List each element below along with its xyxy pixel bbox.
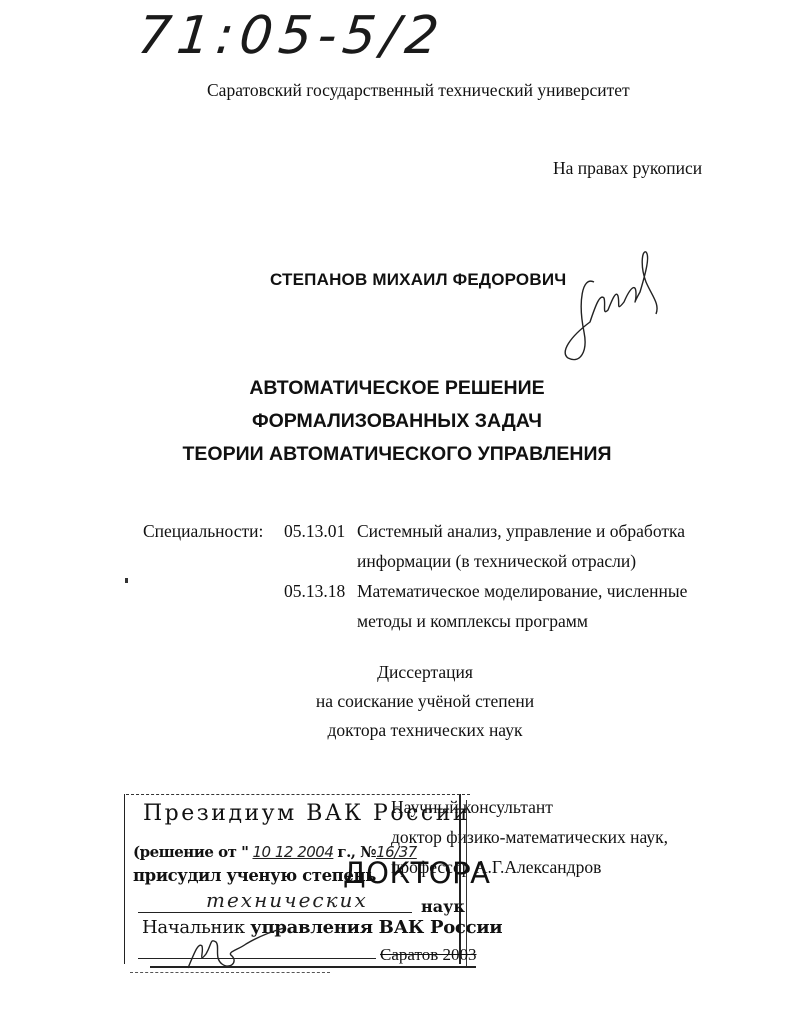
- author-signature-icon: [560, 242, 670, 372]
- stamp-degree: ДОКТОРА: [343, 856, 490, 890]
- stamp-head-signature-icon: [180, 924, 290, 979]
- stamp-decision-prefix: (решение от ": [133, 843, 249, 861]
- stamp-field-underline: [138, 912, 412, 913]
- archive-code: 71:05-5/2: [135, 6, 448, 66]
- city-year: Саратов 2003: [380, 945, 476, 965]
- scan-speck: [125, 578, 128, 583]
- dissertation-purpose: на соискание учёной степени: [0, 687, 794, 716]
- author-name: СТЕПАНОВ МИХАИЛ ФЕДОРОВИЧ: [270, 270, 566, 290]
- specialty-code: 05.13.01: [284, 521, 345, 542]
- stamp-signature-line: [138, 958, 376, 959]
- specialty-text: методы и комплексы программ: [357, 611, 588, 632]
- title-line-1: АВТОМАТИЧЕСКОЕ РЕШЕНИЕ: [0, 372, 794, 405]
- dissertation-label: Диссертация: [0, 658, 794, 687]
- stamp-title: Президиум ВАК России: [143, 801, 470, 826]
- specialty-text: Математическое моделирование, численные: [357, 581, 687, 602]
- dissertation-degree-name: доктора технических наук: [0, 716, 794, 745]
- stamp-sciences: наук: [421, 897, 465, 916]
- dissertation-degree: Диссертация на соискание учёной степени …: [0, 658, 794, 745]
- title-line-3: ТЕОРИИ АВТОМАТИЧЕСКОГО УПРАВЛЕНИЯ: [0, 438, 794, 471]
- stamp-awarded-text: присудил ученую степень: [133, 866, 376, 885]
- dissertation-title: АВТОМАТИЧЕСКОЕ РЕШЕНИЕ ФОРМАЛИЗОВАННЫХ З…: [0, 372, 794, 471]
- manuscript-note: На правах рукописи: [553, 158, 702, 179]
- university-name: Саратовский государственный технический …: [207, 80, 630, 101]
- stamp-border-top: [126, 794, 470, 795]
- specialty-code: 05.13.18: [284, 581, 345, 602]
- title-line-2: ФОРМАЛИЗОВАННЫХ ЗАДАЧ: [0, 405, 794, 438]
- specialties-label: Специальности:: [143, 521, 263, 542]
- stamp-field-handwritten: технических: [206, 888, 368, 912]
- stamp-decision-date: 10 12 2004: [249, 843, 338, 861]
- specialty-text: Системный анализ, управление и обработка: [357, 521, 685, 542]
- specialty-text: информации (в технической отрасли): [357, 551, 636, 572]
- city-year-text: Саратов 2003: [380, 945, 476, 964]
